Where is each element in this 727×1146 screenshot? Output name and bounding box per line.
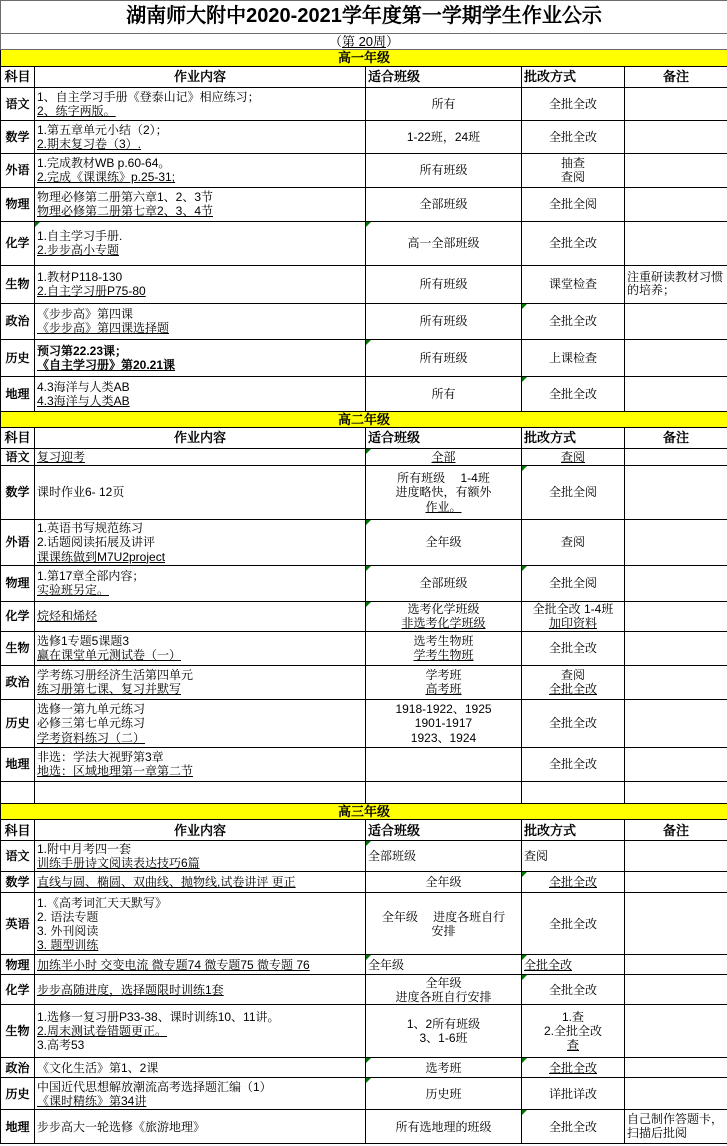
classes-line: 1、2所有班级 — [368, 1017, 519, 1031]
content-line: 烷烃和烯烃 — [37, 609, 363, 623]
content-cell: 4.3海洋与人类AB4.3海洋与人类AB — [35, 376, 366, 411]
correction-cell: 全批全改 — [522, 747, 625, 781]
classes-line: 学考班 — [368, 668, 519, 682]
green-triangle-icon — [522, 955, 527, 960]
subject-cell: 生物 — [1, 631, 35, 665]
correction-line: 查阅 — [524, 535, 622, 549]
correction-line: 全批全改 — [524, 983, 622, 997]
content-line: 3. 外刊阅读 — [37, 924, 363, 938]
green-triangle-icon — [366, 222, 371, 227]
column-header-0: 科目 — [1, 427, 35, 448]
column-header-4: 备注 — [625, 66, 727, 87]
correction-line: 全批全改 1-4班 — [524, 602, 622, 616]
table-row: 历史选修一第九单元练习必修三第七单元练习学考资料练习（二）1918-1922、1… — [1, 699, 727, 747]
correction-line: 全批全改 — [524, 1120, 622, 1134]
correction-cell: 全批全改 — [522, 303, 625, 339]
section-header-grade-1: 高一年级 — [1, 50, 727, 66]
table-row: 地理非选：学法大视野第3章地选：区域地理第一章第二节全批全改 — [1, 747, 727, 781]
classes-line: 全部班级 — [368, 576, 519, 590]
classes-cell: 历史班 — [366, 1078, 522, 1110]
note-cell — [625, 519, 727, 565]
column-header-2: 适合班级 — [366, 427, 522, 448]
correction-line: 全批全改 — [524, 387, 622, 401]
classes-cell: 全年级 — [366, 955, 522, 975]
green-triangle-icon — [366, 340, 371, 345]
content-line: 4.3海洋与人类AB — [37, 394, 363, 408]
subject-cell: 数学 — [1, 465, 35, 519]
page-title: 湖南师大附中2020-2021学年度第一学期学生作业公示 — [1, 1, 727, 34]
classes-line: 所有 — [368, 387, 519, 401]
content-line: 直线与圆、椭圆、双曲线、抛物线,试卷讲评 更正 — [37, 875, 363, 889]
note-cell — [625, 1078, 727, 1110]
table-row: 化学1.自主学习手册.2.步步高小专题高一全部班级全批全改 — [1, 221, 727, 265]
content-cell: 物理必修第二册第六章1、2、3节物理必修第二册第七章2、3、4节 — [35, 187, 366, 221]
content-cell: 预习第22.23课；《自主学习册》第20.21课 — [35, 339, 366, 376]
classes-line: 作业。 — [368, 500, 519, 514]
table-row: 地理4.3海洋与人类AB4.3海洋与人类AB所有全批全改 — [1, 376, 727, 411]
correction-line: 全批全改 — [524, 97, 622, 111]
correction-line: 全批全阅 — [524, 485, 622, 499]
table-row — [1, 781, 727, 803]
classes-cell: 选考生物班学考生物班 — [366, 631, 522, 665]
subject-cell: 英语 — [1, 893, 35, 955]
content-line: 中国近代思想解放潮流高考选择题汇编（1） — [37, 1080, 363, 1094]
correction-line: 全批全改 — [524, 314, 622, 328]
subject-cell: 化学 — [1, 221, 35, 265]
content-line: 地选：区域地理第一章第二节 — [37, 764, 363, 778]
content-cell: 步步高随进度，选择题限时训练1套 — [35, 975, 366, 1005]
column-header-row: 科目作业内容适合班级批改方式备注 — [1, 820, 727, 841]
content-cell: 步步高大一轮选修《旅游地理》 — [35, 1110, 366, 1144]
note-cell — [625, 841, 727, 872]
content-cell: 1.选修一复习册P33-38、课时训练10、11讲。2.周末测试卷错题更正。3.… — [35, 1005, 366, 1058]
subject-cell: 物理 — [1, 565, 35, 601]
classes-cell: 所有班级 — [366, 303, 522, 339]
classes-line: 1901-1917 — [368, 716, 519, 730]
correction-cell: 查阅全批全改 — [522, 665, 625, 699]
content-cell: 1.《高考词汇天天默写》2. 语法专题3. 外刊阅读3. 题型训练 — [35, 893, 366, 955]
content-line: 选修1专题5课题3 — [37, 634, 363, 648]
content-line: 课时作业6- 12页 — [37, 485, 363, 499]
content-line: 课课练做到M7U2project — [37, 550, 363, 564]
classes-cell: 全年级 — [366, 519, 522, 565]
subject-cell: 政治 — [1, 665, 35, 699]
content-line: 1、自主学习手册《登泰山记》相应练习； — [37, 90, 363, 104]
classes-cell: 所有选地理的班级 — [366, 1110, 522, 1144]
subtitle-open: （ — [329, 34, 342, 49]
correction-cell: 全批全阅 — [522, 565, 625, 601]
classes-cell: 所有班级 — [366, 339, 522, 376]
section-header-grade-3: 高三年级 — [1, 803, 727, 819]
column-header-3: 批改方式 — [522, 820, 625, 841]
table-row: 语文1、自主学习手册《登泰山记》相应练习；2、练字两版。所有全批全改 — [1, 87, 727, 120]
content-cell: 1.英语书写规范练习2.话题阅读拓展及讲评课课练做到M7U2project — [35, 519, 366, 565]
content-cell: 中国近代思想解放潮流高考选择题汇编（1）《课时精练》第34讲 — [35, 1078, 366, 1110]
correction-cell: 全批全改 — [522, 221, 625, 265]
note-cell: 注重研读教材习惯的培养； — [625, 265, 727, 303]
correction-cell: 全批全阅 — [522, 187, 625, 221]
classes-cell: 全部 — [366, 448, 522, 465]
classes-cell — [366, 781, 522, 803]
table-row: 外语1.完成教材WB p.60-64。2.完成《课课练》p.25-31;所有班级… — [1, 153, 727, 187]
table-row: 政治学考练习册经济生活第四单元练习册第七课、复习并默写学考班高考班查阅全批全改 — [1, 665, 727, 699]
column-header-row: 科目作业内容适合班级批改方式备注 — [1, 427, 727, 448]
content-cell: 1、自主学习手册《登泰山记》相应练习；2、练字两版。 — [35, 87, 366, 120]
classes-line: 安排 — [368, 924, 519, 938]
classes-cell: 选考化学班级非选考化学班级 — [366, 601, 522, 631]
note-cell — [625, 601, 727, 631]
classes-line: 所有班级 1-4班 — [368, 471, 519, 485]
correction-line: 全批全改 — [524, 236, 622, 250]
subtitle-close: ） — [386, 34, 399, 49]
content-cell: 1.第17章全部内容；实验班另定。 — [35, 565, 366, 601]
content-cell — [35, 781, 366, 803]
classes-line: 3、1-6班 — [368, 1031, 519, 1045]
content-line: 实验班另定。 — [37, 583, 363, 597]
correction-cell: 查阅 — [522, 448, 625, 465]
classes-line: 所有 — [368, 97, 519, 111]
classes-cell: 选考班 — [366, 1058, 522, 1078]
correction-line: 全批全阅 — [524, 576, 622, 590]
column-header-4: 备注 — [625, 427, 727, 448]
content-line: 《步步高》第四课选择题 — [37, 321, 363, 335]
correction-line: 全批全改 — [524, 917, 622, 931]
classes-line: 进度略快，有额外 — [368, 485, 519, 499]
table-row: 化学步步高随进度，选择题限时训练1套全年级进度各班自行安排全批全改 — [1, 975, 727, 1005]
subject-cell: 语文 — [1, 448, 35, 465]
table-row: 地理步步高大一轮选修《旅游地理》所有选地理的班级全批全改自己制作答题卡，扫描后批… — [1, 1110, 727, 1144]
classes-cell: 1918-1922、19251901-19171923、1924 — [366, 699, 522, 747]
subject-cell: 历史 — [1, 699, 35, 747]
content-cell: 烷烃和烯烃 — [35, 601, 366, 631]
note-cell — [625, 955, 727, 975]
subject-cell: 政治 — [1, 303, 35, 339]
content-cell: 选修1专题5课题3赢在课堂单元测试卷（一） — [35, 631, 366, 665]
subject-cell: 历史 — [1, 1078, 35, 1110]
note-cell: 自己制作答题卡，扫描后批阅 — [625, 1110, 727, 1144]
table-row: 数学直线与圆、椭圆、双曲线、抛物线,试卷讲评 更正全年级全批全改 — [1, 872, 727, 893]
note-cell — [625, 1005, 727, 1058]
note-cell — [625, 699, 727, 747]
correction-line: 加印资料 — [524, 616, 622, 630]
correction-line: 全批全改 — [524, 716, 622, 730]
table-row: 生物选修1专题5课题3赢在课堂单元测试卷（一）选考生物班学考生物班全批全改 — [1, 631, 727, 665]
classes-cell: 1-22班，24班 — [366, 120, 522, 153]
classes-cell — [366, 747, 522, 781]
correction-cell: 全批全改 — [522, 376, 625, 411]
content-cell: 非选：学法大视野第3章地选：区域地理第一章第二节 — [35, 747, 366, 781]
classes-cell: 全部班级 — [366, 841, 522, 872]
homework-table: 湖南师大附中2020-2021学年度第一学期学生作业公示 （第 20周） 高一年… — [0, 0, 727, 1144]
note-cell — [625, 872, 727, 893]
correction-line: 1.查 — [524, 1010, 622, 1024]
classes-cell: 全年级 进度各班自行安排 — [366, 893, 522, 955]
green-triangle-icon — [522, 872, 527, 877]
content-line: 2.步步高小专题 — [37, 243, 363, 257]
content-line: 2.周末测试卷错题更正。 — [37, 1024, 363, 1038]
classes-line: 全部班级 — [368, 197, 519, 211]
content-cell: 1.第五章单元小结（2）；2.期末复习卷（3）. — [35, 120, 366, 153]
table-row: 语文复习迎考全部查阅 — [1, 448, 727, 465]
classes-cell: 所有 — [366, 87, 522, 120]
classes-line: 全年级 — [368, 535, 519, 549]
content-line: 1.自主学习手册. — [37, 229, 363, 243]
classes-line: 所有选地理的班级 — [368, 1120, 519, 1134]
subject-cell — [1, 781, 35, 803]
week-number: 第 20周 — [342, 34, 386, 49]
subject-cell: 化学 — [1, 975, 35, 1005]
content-line: 3.高考53 — [37, 1038, 363, 1052]
correction-cell: 全批全改 — [522, 893, 625, 955]
note-cell — [625, 339, 727, 376]
content-line: 4.3海洋与人类AB — [37, 380, 363, 394]
content-line: 1.教材P118-130 — [37, 270, 363, 284]
table-row: 数学1.第五章单元小结（2）；2.期末复习卷（3）.1-22班，24班全批全改 — [1, 120, 727, 153]
green-triangle-icon — [522, 304, 527, 309]
classes-line: 全年级 — [368, 958, 519, 972]
correction-cell: 全批全改 — [522, 631, 625, 665]
subject-cell: 外语 — [1, 153, 35, 187]
green-triangle-icon — [366, 1078, 371, 1083]
note-cell — [625, 781, 727, 803]
subject-cell: 生物 — [1, 1005, 35, 1058]
content-line: 3. 题型训练 — [37, 938, 363, 952]
classes-line: 选考生物班 — [368, 634, 519, 648]
note-cell — [625, 565, 727, 601]
table-row: 历史中国近代思想解放潮流高考选择题汇编（1）《课时精练》第34讲历史班详批详改 — [1, 1078, 727, 1110]
classes-line: 所有班级 — [368, 277, 519, 291]
correction-cell: 全批全改 — [522, 120, 625, 153]
correction-line: 全批全改 — [524, 757, 622, 771]
table-row: 历史预习第22.23课；《自主学习册》第20.21课所有班级上课检查 — [1, 339, 727, 376]
correction-cell: 全批全改 — [522, 955, 625, 975]
correction-line: 课堂检查 — [524, 277, 622, 291]
classes-cell: 所有班级 — [366, 265, 522, 303]
content-line: 练习册第七课、复习并默写 — [37, 682, 363, 696]
content-cell: 加练半小时 交变电流 微专题74 微专题75 微专题 76 — [35, 955, 366, 975]
note-cell — [625, 187, 727, 221]
column-header-3: 批改方式 — [522, 66, 625, 87]
green-triangle-icon — [366, 841, 371, 846]
column-header-1: 作业内容 — [35, 66, 366, 87]
content-cell: 《步步高》第四课《步步高》第四课选择题 — [35, 303, 366, 339]
correction-cell: 查阅 — [522, 519, 625, 565]
correction-cell: 全批全改 — [522, 699, 625, 747]
note-line: 自己制作答题卡，扫描后批阅 — [627, 1113, 725, 1140]
green-triangle-icon — [522, 1110, 527, 1115]
note-cell — [625, 975, 727, 1005]
subject-cell: 语文 — [1, 841, 35, 872]
green-triangle-icon — [366, 1058, 371, 1063]
table-row: 化学烷烃和烯烃选考化学班级非选考化学班级全批全改 1-4班加印资料 — [1, 601, 727, 631]
table-row: 物理物理必修第二册第六章1、2、3节物理必修第二册第七章2、3、4节全部班级全批… — [1, 187, 727, 221]
content-line: 《课时精练》第34讲 — [37, 1094, 363, 1108]
correction-cell: 详批详改 — [522, 1078, 625, 1110]
green-triangle-icon — [366, 566, 371, 571]
correction-line: 全批全改 — [524, 875, 622, 889]
content-line: 2.完成《课课练》p.25-31; — [37, 170, 363, 184]
green-triangle-icon — [522, 1058, 527, 1063]
note-cell — [625, 665, 727, 699]
note-cell — [625, 120, 727, 153]
note-line: 注重研读教材习惯的培养； — [627, 271, 725, 298]
content-cell: 1.附中月考四一套训练手册诗文阅读表达技巧6篇 — [35, 841, 366, 872]
correction-cell: 全批全改 — [522, 1058, 625, 1078]
classes-line: 选考班 — [368, 1061, 519, 1075]
correction-cell: 1.查2.全批全改查 — [522, 1005, 625, 1058]
subject-cell: 地理 — [1, 747, 35, 781]
classes-line: 1-22班，24班 — [368, 130, 519, 144]
classes-line: 全年级 进度各班自行 — [368, 910, 519, 924]
column-header-1: 作业内容 — [35, 820, 366, 841]
content-line: 物理必修第二册第六章1、2、3节 — [37, 190, 363, 204]
content-line: 复习迎考 — [37, 450, 363, 464]
correction-line: 查阅 — [524, 668, 622, 682]
content-line: 1.《高考词汇天天默写》 — [37, 896, 363, 910]
note-cell — [625, 747, 727, 781]
content-line: 必修三第七单元练习 — [37, 716, 363, 730]
correction-line: 全批全阅 — [524, 197, 622, 211]
classes-cell: 所有 — [366, 376, 522, 411]
subject-cell: 物理 — [1, 955, 35, 975]
classes-line: 高一全部班级 — [368, 236, 519, 250]
content-cell: 《文化生活》第1、2课 — [35, 1058, 366, 1078]
classes-line: 1923、1924 — [368, 731, 519, 745]
classes-line: 1918-1922、1925 — [368, 702, 519, 716]
green-triangle-icon — [522, 566, 527, 571]
correction-cell — [522, 781, 625, 803]
classes-cell: 1、2所有班级3、1-6班 — [366, 1005, 522, 1058]
classes-line: 全部班级 — [368, 849, 519, 863]
content-line: 物理必修第二册第七章2、3、4节 — [37, 204, 363, 218]
content-cell: 学考练习册经济生活第四单元练习册第七课、复习并默写 — [35, 665, 366, 699]
content-cell: 复习迎考 — [35, 448, 366, 465]
column-header-3: 批改方式 — [522, 427, 625, 448]
classes-line: 所有班级 — [368, 163, 519, 177]
content-line: 1.第五章单元小结（2）； — [37, 123, 363, 137]
content-line: 1.选修一复习册P33-38、课时训练10、11讲。 — [37, 1010, 363, 1024]
content-line: 步步高大一轮选修《旅游地理》 — [37, 1120, 363, 1134]
content-line: 学考资料练习（二） — [37, 731, 363, 745]
table-row: 外语1.英语书写规范练习2.话题阅读拓展及讲评课课练做到M7U2project全… — [1, 519, 727, 565]
classes-line: 进度各班自行安排 — [368, 990, 519, 1004]
green-triangle-icon — [366, 602, 371, 607]
classes-cell: 所有班级 — [366, 153, 522, 187]
green-triangle-icon — [366, 520, 371, 525]
correction-line: 全批全改 — [524, 682, 622, 696]
correction-cell: 全批全改 — [522, 872, 625, 893]
content-line: 学考练习册经济生活第四单元 — [37, 668, 363, 682]
table-row: 政治《文化生活》第1、2课选考班全批全改 — [1, 1058, 727, 1078]
correction-line: 上课检查 — [524, 351, 622, 365]
classes-line: 学考生物班 — [368, 648, 519, 662]
content-cell: 1.自主学习手册.2.步步高小专题 — [35, 221, 366, 265]
subject-cell: 地理 — [1, 1110, 35, 1144]
subject-cell: 物理 — [1, 187, 35, 221]
table-row: 生物1.教材P118-1302.自主学习册P75-80所有班级课堂检查注重研读教… — [1, 265, 727, 303]
content-line: 2.话题阅读拓展及讲评 — [37, 535, 363, 549]
correction-cell: 抽查查阅 — [522, 153, 625, 187]
subject-cell: 化学 — [1, 601, 35, 631]
correction-line: 全批全改 — [524, 1061, 622, 1075]
table-row: 数学课时作业6- 12页所有班级 1-4班进度略快，有额外作业。全批全阅 — [1, 465, 727, 519]
correction-cell: 全批全改 1-4班加印资料 — [522, 601, 625, 631]
green-triangle-icon — [366, 955, 371, 960]
classes-line: 高考班 — [368, 682, 519, 696]
content-line: 1.第17章全部内容； — [37, 569, 363, 583]
green-triangle-icon — [522, 975, 527, 980]
column-header-0: 科目 — [1, 820, 35, 841]
content-cell: 选修一第九单元练习必修三第七单元练习学考资料练习（二） — [35, 699, 366, 747]
classes-cell: 全年级进度各班自行安排 — [366, 975, 522, 1005]
content-line: 2.期末复习卷（3）. — [37, 137, 363, 151]
content-line: 2.自主学习册P75-80 — [37, 284, 363, 298]
correction-line: 全批全改 — [524, 641, 622, 655]
content-cell: 1.完成教材WB p.60-64。2.完成《课课练》p.25-31; — [35, 153, 366, 187]
classes-line: 全年级 — [368, 875, 519, 889]
note-cell — [625, 631, 727, 665]
correction-cell: 上课检查 — [522, 339, 625, 376]
content-cell: 直线与圆、椭圆、双曲线、抛物线,试卷讲评 更正 — [35, 872, 366, 893]
content-line: 非选：学法大视野第3章 — [37, 750, 363, 764]
correction-line: 查阅 — [524, 450, 622, 464]
correction-line: 全批全改 — [524, 130, 622, 144]
note-cell — [625, 465, 727, 519]
content-line: 2. 语法专题 — [37, 910, 363, 924]
correction-cell: 全批全阅 — [522, 465, 625, 519]
table-row: 语文1.附中月考四一套训练手册诗文阅读表达技巧6篇全部班级查阅 — [1, 841, 727, 872]
classes-line: 所有班级 — [368, 351, 519, 365]
subject-cell: 生物 — [1, 265, 35, 303]
content-line: 预习第22.23课； — [37, 344, 363, 358]
content-line: 1.附中月考四一套 — [37, 842, 363, 856]
table-row: 生物1.选修一复习册P33-38、课时训练10、11讲。2.周末测试卷错题更正。… — [1, 1005, 727, 1058]
green-triangle-icon — [366, 449, 371, 454]
content-cell: 1.教材P118-1302.自主学习册P75-80 — [35, 265, 366, 303]
subject-cell: 地理 — [1, 376, 35, 411]
note-cell — [625, 153, 727, 187]
content-line: 《自主学习册》第20.21课 — [37, 358, 363, 372]
note-cell — [625, 893, 727, 955]
classes-cell: 全部班级 — [366, 187, 522, 221]
table-row: 物理1.第17章全部内容；实验班另定。全部班级全批全阅 — [1, 565, 727, 601]
note-cell — [625, 1058, 727, 1078]
classes-line: 全部 — [368, 450, 519, 464]
content-line: 《文化生活》第1、2课 — [37, 1061, 363, 1075]
note-cell — [625, 448, 727, 465]
subject-cell: 政治 — [1, 1058, 35, 1078]
correction-cell: 全批全改 — [522, 87, 625, 120]
content-line: 赢在课堂单元测试卷（一） — [37, 648, 363, 662]
content-line: 《步步高》第四课 — [37, 307, 363, 321]
content-line: 1.英语书写规范练习 — [37, 521, 363, 535]
correction-cell: 全批全改 — [522, 975, 625, 1005]
homework-notice-sheet: 湖南师大附中2020-2021学年度第一学期学生作业公示 （第 20周） 高一年… — [0, 0, 727, 1144]
subject-cell: 语文 — [1, 87, 35, 120]
subject-cell: 历史 — [1, 339, 35, 376]
correction-line: 2.全批全改 — [524, 1024, 622, 1038]
green-triangle-icon — [35, 222, 40, 227]
week-subtitle: （第 20周） — [1, 34, 727, 50]
column-header-2: 适合班级 — [366, 66, 522, 87]
correction-line: 全批全改 — [524, 958, 622, 972]
column-header-1: 作业内容 — [35, 427, 366, 448]
correction-cell: 全批全改 — [522, 1110, 625, 1144]
classes-cell: 高一全部班级 — [366, 221, 522, 265]
subject-cell: 外语 — [1, 519, 35, 565]
note-cell — [625, 376, 727, 411]
classes-line: 非选考化学班级 — [368, 616, 519, 630]
